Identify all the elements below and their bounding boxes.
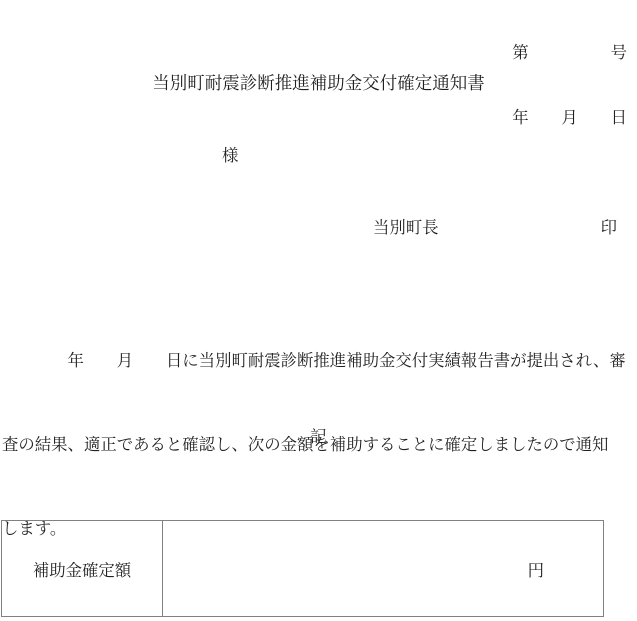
addressee-suffix: 様 [222,145,238,167]
issuer-title: 当別町長 [373,217,439,239]
document-title: 当別町耐震診断推進補助金交付確定通知書 [0,73,637,95]
document-date-line: 年 月 日 [512,107,627,129]
document-page: 第 号 年 月 日 当別町耐震診断推進補助金交付確定通知書 様 当別町長 印 年… [0,0,637,621]
list-marker: 記 [0,426,637,448]
amount-label-cell: 補助金確定額 [2,521,163,617]
amount-unit: 円 [528,561,544,580]
table-row: 補助金確定額 円 [2,521,604,617]
amount-value-cell: 円 [163,521,604,617]
issuer-line: 当別町長 印 [373,217,617,239]
document-number-line: 第 号 [512,42,627,64]
amount-table: 補助金確定額 円 [1,520,604,617]
seal-mark: 印 [601,217,617,239]
body-line: 年 月 日に当別町耐震診断推進補助金交付実績報告書が提出され、審 [2,347,634,375]
